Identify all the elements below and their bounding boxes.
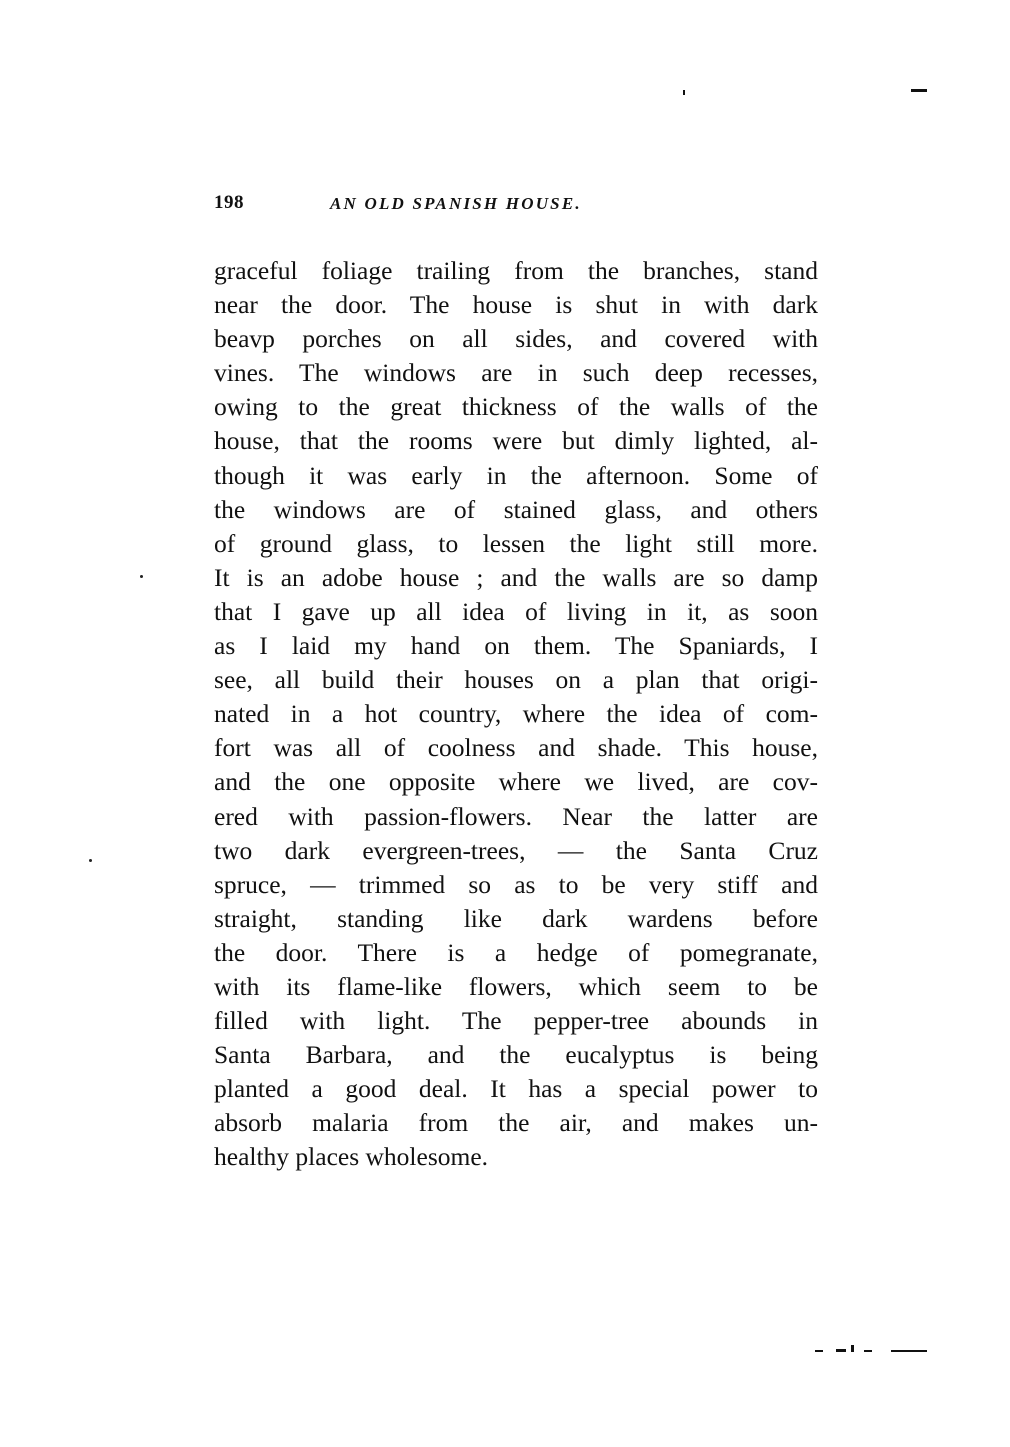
text-line: that I gave up all idea of living in it,… — [214, 595, 818, 629]
text-line: the door. There is a hedge of pomegranat… — [214, 936, 818, 970]
text-line: near the door. The house is shut in with… — [214, 288, 818, 322]
text-line: and the one opposite where we lived, are… — [214, 765, 818, 799]
scan-mark-top-tick — [683, 90, 685, 95]
scan-mark-top-right-dash — [911, 89, 927, 92]
body-paragraph: graceful foliage trailing from the branc… — [214, 254, 818, 1175]
text-line: house, that the rooms were but dimly lig… — [214, 424, 818, 458]
scan-mark-bottom-right-fragment — [836, 1349, 846, 1352]
text-line: healthy places wholesome. — [214, 1140, 818, 1174]
scan-mark-bottom-right-fragment — [851, 1345, 854, 1352]
text-line: It is an adobe house ; and the walls are… — [214, 561, 818, 595]
scan-speck — [140, 575, 143, 578]
text-line: nated in a hot country, where the idea o… — [214, 697, 818, 731]
text-line: the windows are of stained glass, and ot… — [214, 493, 818, 527]
text-line: two dark evergreen-trees, — the Santa Cr… — [214, 834, 818, 868]
text-line: planted a good deal. It has a special po… — [214, 1072, 818, 1106]
scan-mark-bottom-right-dash — [891, 1350, 927, 1352]
text-line: beavp porches on all sides, and covered … — [214, 322, 818, 356]
text-line: with its flame-like flowers, which seem … — [214, 970, 818, 1004]
text-line: filled with light. The pepper-tree aboun… — [214, 1004, 818, 1038]
page-number: 198 — [214, 192, 244, 214]
text-line: though it was early in the afternoon. So… — [214, 459, 818, 493]
text-line: owing to the great thickness of the wall… — [214, 390, 818, 424]
text-line: vines. The windows are in such deep rece… — [214, 356, 818, 390]
running-title: AN OLD SPANISH HOUSE. — [330, 194, 582, 214]
scan-mark-bottom-right-fragment — [864, 1350, 872, 1352]
book-page: 198 AN OLD SPANISH HOUSE. graceful folia… — [0, 0, 1010, 1447]
text-line: spruce, — trimmed so as to be very stiff… — [214, 868, 818, 902]
text-line: as I laid my hand on them. The Spaniards… — [214, 629, 818, 663]
scan-mark-bottom-right-fragment — [815, 1350, 823, 1352]
text-line: ered with passion-flowers. Near the latt… — [214, 800, 818, 834]
text-line: absorb malaria from the air, and makes u… — [214, 1106, 818, 1140]
text-line: fort was all of coolness and shade. This… — [214, 731, 818, 765]
text-line: straight, standing like dark wardens bef… — [214, 902, 818, 936]
text-line: Santa Barbara, and the eucalyptus is bei… — [214, 1038, 818, 1072]
scan-speck — [89, 859, 92, 862]
text-line: see, all build their houses on a plan th… — [214, 663, 818, 697]
text-line: of ground glass, to lessen the light sti… — [214, 527, 818, 561]
running-head: 198 AN OLD SPANISH HOUSE. — [214, 192, 834, 216]
text-line: graceful foliage trailing from the branc… — [214, 254, 818, 288]
